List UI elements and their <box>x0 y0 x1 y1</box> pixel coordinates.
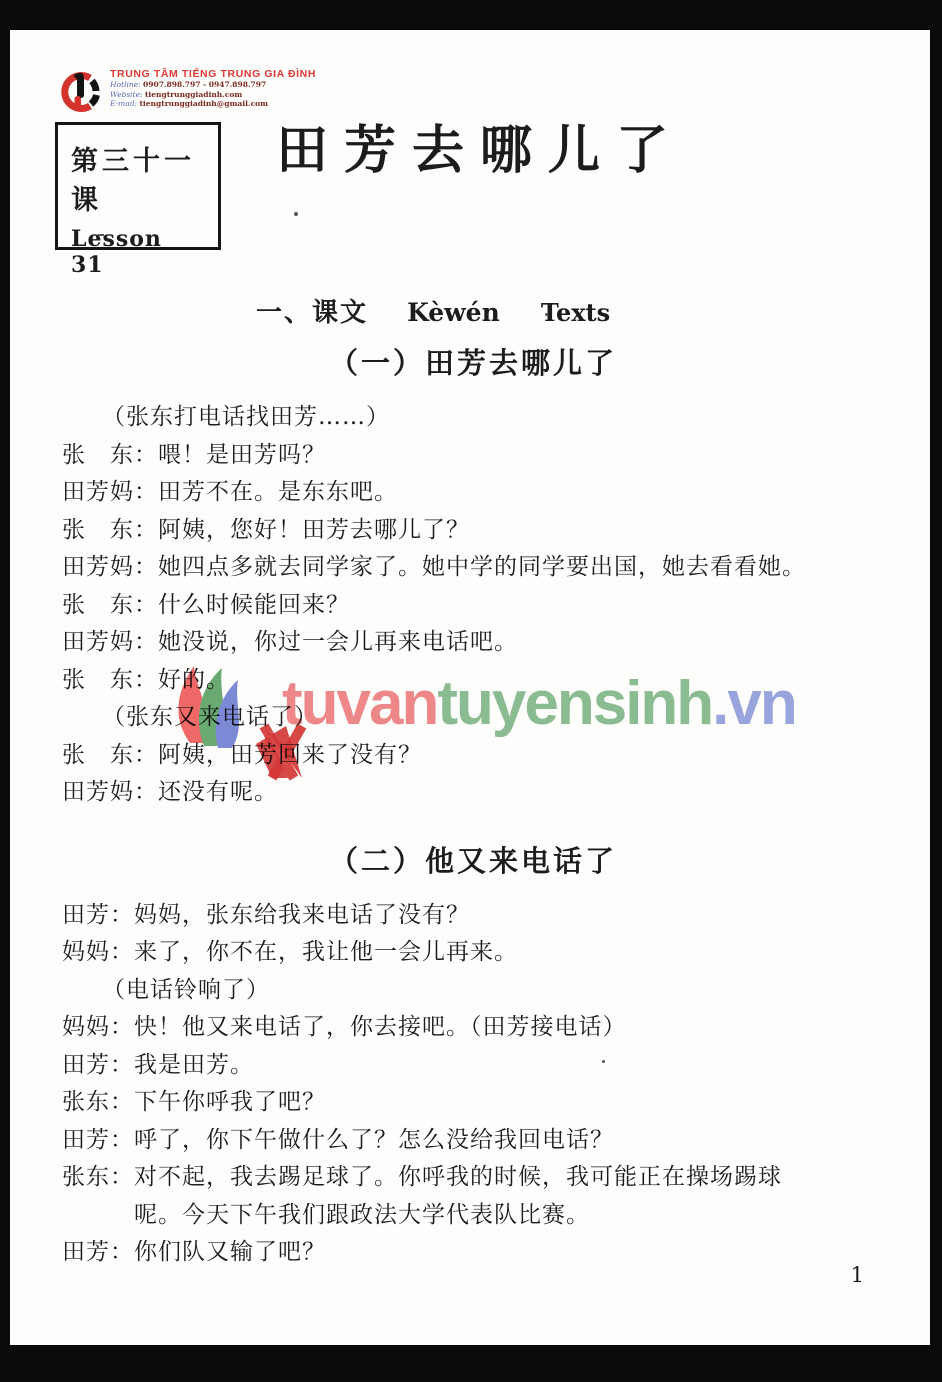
dialogue-line: 张东：对不起，我去踢足球了。你呼我的时候，我可能正在操场踢球呢。今天下午我们跟政… <box>62 1159 884 1234</box>
speaker-name: 田芳妈 <box>62 554 134 580</box>
speaker-name: 田芳 <box>62 902 110 928</box>
contact-value: 0907.898.797 - 0947.898.797 <box>143 80 266 89</box>
speaker-name: 张 东 <box>62 667 134 693</box>
speaker-name: 田芳妈 <box>62 779 134 805</box>
part2-dialogue: 田芳：妈妈，张东给我来电话了没有？妈妈：来了，你不在，我让他一会儿再来。（电话铃… <box>62 897 884 1272</box>
publisher-contact-line: Hotline: 0907.898.797 - 0947.898.797 <box>110 80 316 90</box>
contact-label: Hotline: <box>110 80 143 89</box>
speaker-name: 田芳妈 <box>62 629 134 655</box>
dialogue-line: 田芳妈：她四点多就去同学家了。她中学的同学要出国，她去看看她。 <box>62 549 884 587</box>
contact-value: tiengtrunggiadinh@gmail.com <box>139 99 268 108</box>
lesson-content: 一、课文 Kèwén Texts （一）田芳去哪儿了 （张东打电话找田芳……）张… <box>62 292 884 1272</box>
publisher-contact-line: Website: tiengtrunggiadinh.com <box>110 90 316 100</box>
speaker-name: 张 东 <box>62 742 134 768</box>
part1-heading: （一）田芳去哪儿了 <box>62 341 884 382</box>
speaker-name: 田芳 <box>62 1052 110 1078</box>
speaker-name: 田芳妈 <box>62 479 134 505</box>
page: TRUNG TÂM TIẾNG TRUNG GIA ĐÌNH Hotline: … <box>10 30 930 1345</box>
page-number: 1 <box>851 1263 864 1287</box>
dialogue-line: 张 东：阿姨，田芳回来了没有？ <box>62 737 884 775</box>
dialogue-line: 田芳：呼了，你下午做什么了？怎么没给我回电话？ <box>62 1122 884 1160</box>
dialogue-line: 张 东：好的。 <box>62 662 884 700</box>
speaker-name: 田芳 <box>62 1239 110 1265</box>
speaker-name: 张东 <box>62 1089 110 1115</box>
contact-label: E-mail: <box>110 99 139 108</box>
stage-direction: （电话铃响了） <box>62 972 884 1010</box>
dialogue-line: 田芳：妈妈，张东给我来电话了没有？ <box>62 897 884 935</box>
contact-value: tiengtrunggiadinh.com <box>145 90 242 99</box>
section-heading: 一、课文 Kèwén Texts <box>62 292 884 329</box>
dialogue-line: 田芳妈：还没有呢。 <box>62 774 884 812</box>
speaker-name: 张东 <box>62 1164 110 1190</box>
scan-speck <box>294 212 298 216</box>
speaker-name: 妈妈 <box>62 939 110 965</box>
lesson-number-chinese: 第三十一课 <box>71 139 218 217</box>
stage-direction: （张东又来电话了） <box>62 699 884 737</box>
scan-speck <box>545 313 548 316</box>
speaker-name: 张 东 <box>62 517 134 543</box>
scanned-textbook-page: TRUNG TÂM TIẾNG TRUNG GIA ĐÌNH Hotline: … <box>0 0 942 1382</box>
section-heading-chinese: 一、课文 <box>256 297 368 327</box>
part2-heading: （二）他又来电话了 <box>62 839 884 880</box>
part1-dialogue: （张东打电话找田芳……）张 东：喂！是田芳吗？田芳妈：田芳不在。是东东吧。张 东… <box>62 399 884 812</box>
stage-direction: （张东打电话找田芳……） <box>62 399 884 437</box>
publisher-logo-icon <box>54 66 106 116</box>
dialogue-line: 田芳妈：她没说，你过一会儿再来电话吧。 <box>62 624 884 662</box>
dialogue-line: 张东：下午你呼我了吧？ <box>62 1084 884 1122</box>
scan-speck <box>98 234 104 236</box>
contact-label: Website: <box>110 90 145 99</box>
speaker-name: 妈妈 <box>62 1014 110 1040</box>
publisher-logo-text: TRUNG TÂM TIẾNG TRUNG GIA ĐÌNH Hotline: … <box>110 66 316 109</box>
section-heading-english: Texts <box>541 298 610 327</box>
dialogue-line: 妈妈：来了，你不在，我让他一会儿再来。 <box>62 934 884 972</box>
scan-speck <box>602 1060 605 1063</box>
publisher-name: TRUNG TÂM TIẾNG TRUNG GIA ĐÌNH <box>110 68 316 80</box>
speaker-name: 张 东 <box>62 592 134 618</box>
dialogue-line: 田芳：你们队又输了吧？ <box>62 1234 884 1272</box>
dialogue-line: 张 东：喂！是田芳吗？ <box>62 437 884 475</box>
section-heading-pinyin: Kèwén <box>407 298 500 327</box>
speaker-name: 张 东 <box>62 442 134 468</box>
dialogue-line: 妈妈：快！他又来电话了，你去接吧。（田芳接电话） <box>62 1009 884 1047</box>
publisher-contacts: Hotline: 0907.898.797 - 0947.898.797Webs… <box>110 80 316 109</box>
lesson-number-box: 第三十一课 Lesson 31 <box>55 122 221 250</box>
dialogue-line: 张 东：阿姨，您好！田芳去哪儿了？ <box>62 512 884 550</box>
lesson-title: 田芳去哪儿了 <box>260 108 700 183</box>
dialogue-line: 田芳妈：田芳不在。是东东吧。 <box>62 474 884 512</box>
dialogue-line: 田芳：我是田芳。 <box>62 1047 884 1085</box>
dialogue-line: 张 东：什么时候能回来？ <box>62 587 884 625</box>
speaker-name: 田芳 <box>62 1127 110 1153</box>
lesson-number-english: Lesson 31 <box>71 226 218 278</box>
